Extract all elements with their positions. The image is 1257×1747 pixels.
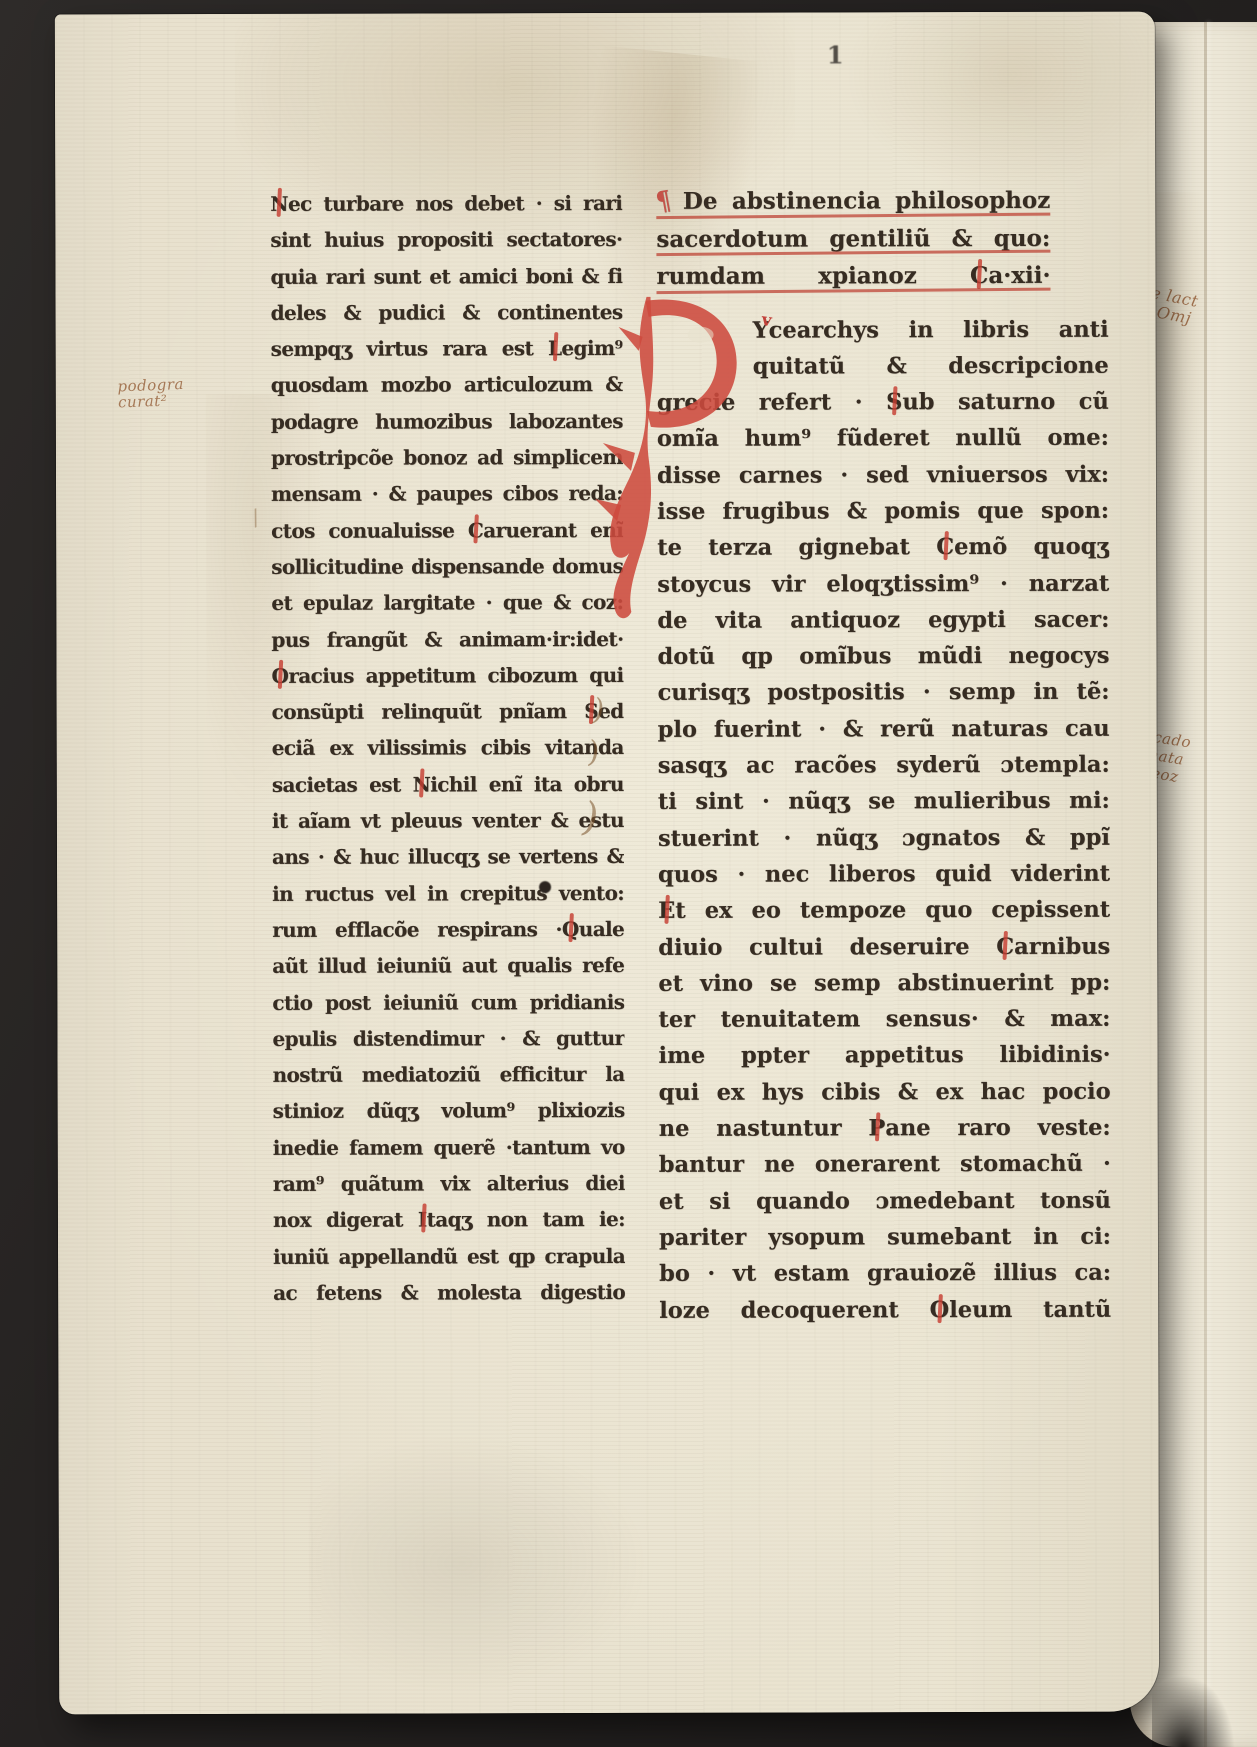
- handwritten-note-line: curat²: [118, 392, 185, 410]
- text-line: in ructus vel in crepitus vento:: [272, 875, 624, 912]
- paragraph-mark: ¶: [656, 182, 674, 221]
- text-line: epulis distendimur · & guttur: [272, 1020, 624, 1057]
- text-line: rum efflacõe respirans ·Quale: [272, 911, 624, 948]
- text-line: sasqʒ ac racões syderũ ɔtempla:: [658, 747, 1110, 784]
- manuscript-scan: De lactet Omj tcadomatadeoz 1 podogracur…: [0, 0, 1257, 1747]
- text-line: et si quando ɔmedebant tonsũ: [659, 1182, 1111, 1219]
- text-line: inedie famem querẽ ·tantum vo: [273, 1129, 625, 1166]
- text-line: quia rari sunt et amici boni & fi: [270, 258, 622, 295]
- text-line: sacerdotum gentiliũ & quo:: [656, 219, 1050, 258]
- rubricated-initial: O: [930, 1292, 950, 1328]
- initial-highlight: [688, 327, 714, 343]
- rubricated-initial: C: [936, 529, 954, 565]
- text-line: consũpti relinquũt pnĩam Sed: [272, 693, 624, 730]
- text-line: rumdam xpianoz Ca·xii·: [656, 257, 1050, 296]
- text-line: plo fuerint · & rerũ naturas cau: [658, 710, 1110, 747]
- text-line: nox digerat Itaqʒ non tam ie:: [273, 1201, 625, 1238]
- text-line: Et ex eo tempoze quo cepissent: [658, 892, 1110, 929]
- text-line: ti sint · nũqʒ se mulieribus mi:: [658, 783, 1110, 820]
- rubricated-initial: N: [413, 766, 431, 802]
- text-line: diuio cultui deseruire Carnibus: [658, 928, 1110, 965]
- text-line: ¶De abstinencia philosophoz: [656, 182, 1050, 221]
- rubricated-initial: P: [868, 1110, 885, 1146]
- rubricated-initial: I: [418, 1202, 427, 1238]
- text-line: nostrũ mediatoziũ efficitur la: [273, 1056, 625, 1093]
- text-line: bantur ne onerarent stomachũ ·: [659, 1146, 1111, 1183]
- rubricated-initial: S: [886, 384, 902, 420]
- illuminated-initial-d: [551, 293, 752, 634]
- text-line: ans · & huc illucqʒ se vertens &: [272, 838, 624, 875]
- margin-note-left: podogracurat²: [117, 376, 185, 410]
- text-line: ter tenuitatem sensus· & max:: [658, 1001, 1110, 1038]
- text-line: loze decoquerent Oleum tantũ: [659, 1291, 1111, 1328]
- text-line: ime ppter appetitus libidinis·: [658, 1037, 1110, 1074]
- ink-blot: [539, 881, 551, 893]
- text-line: iuniũ appellandũ est qp crapula: [273, 1238, 625, 1275]
- text-line: sint huius propositi sectatores·: [270, 221, 622, 258]
- text-line: eciã ex vilissimis cibis vitanda: [272, 729, 624, 766]
- text-line: Oracius appetitum cibozum qui: [271, 657, 623, 694]
- rubricated-initial: E: [658, 893, 675, 929]
- rubricated-initial: O: [271, 658, 288, 694]
- rubricated-initial: C: [970, 257, 988, 295]
- text-line: stuerint · nũqʒ ɔgnatos & ppĩ: [658, 819, 1110, 856]
- text-line: ctio post ieiuniũ cum pridianis: [272, 983, 624, 1020]
- rubricated-initial: C: [468, 512, 483, 548]
- rubricated-initial: N: [270, 186, 288, 222]
- text-line: curisqʒ postpositis · semp in tẽ:: [658, 674, 1110, 711]
- text-line: ac fetens & molesta digestio: [273, 1274, 625, 1311]
- text-line: ne nastuntur Pane raro veste:: [659, 1110, 1111, 1147]
- text-line: stinioz dũqʒ volum⁹ plixiozis: [273, 1092, 625, 1129]
- text-line: bo · vt estam grauiozẽ illius ca:: [659, 1255, 1111, 1292]
- text-line: Nec turbare nos debet · si rari: [270, 185, 622, 222]
- text-line: quos · nec liberos quid viderint: [658, 856, 1110, 893]
- manuscript-page: 1 podogracurat² Nec turbare nos debet · …: [55, 12, 1159, 1715]
- text-line: ram⁹ quãtum vix alterius diei: [273, 1165, 625, 1202]
- text-line: it aĩam vt pleuus venter & estu: [272, 802, 624, 839]
- text-line: et vino se semp abstinuerint pp:: [658, 965, 1110, 1002]
- text-line: qui ex hys cibis & ex hac pocio: [659, 1073, 1111, 1110]
- text-line: aũt illud ieiuniũ aut qualis refe: [272, 947, 624, 984]
- text-line: dotũ qp omĩbus mũdi negocys: [657, 638, 1109, 675]
- rubricated-initial: C: [996, 928, 1014, 964]
- text-line: pariter ysopum sumebant in ci:: [659, 1219, 1111, 1256]
- text-line: sacietas est Nichil enĩ ita obru: [272, 766, 624, 803]
- rubricated-initial: Q: [562, 911, 579, 947]
- folio-mark: 1: [827, 40, 844, 69]
- chapter-heading: ¶De abstinencia philosophozsacerdotum ge…: [656, 182, 1050, 296]
